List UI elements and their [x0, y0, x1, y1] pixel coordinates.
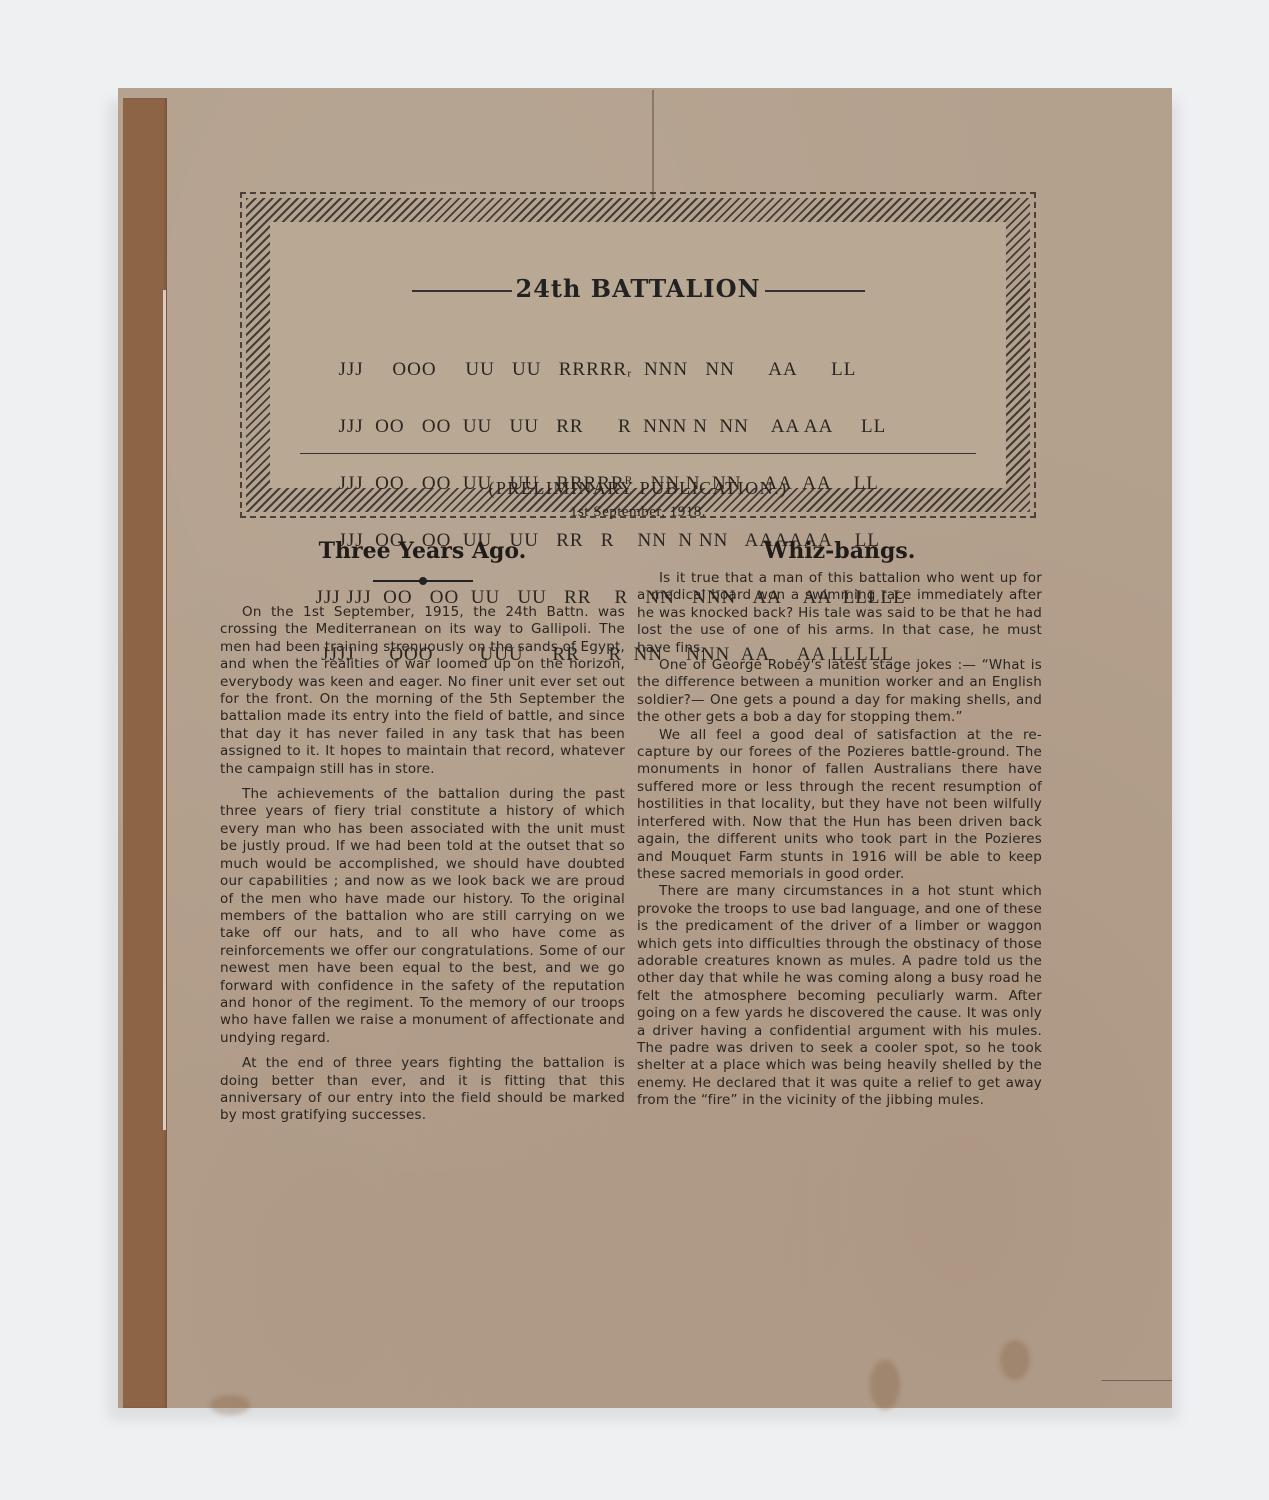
divider-dot-icon [419, 577, 427, 585]
article-paragraph: At the end of three years fighting the b… [220, 1055, 625, 1125]
heading-divider [373, 570, 473, 590]
paper-crease [652, 90, 654, 200]
paper-stain [210, 1395, 250, 1415]
binding-thread [163, 290, 166, 1130]
title-rule-left [412, 290, 512, 292]
banner-line: JJJ OOO UU UU RRRRRᵣ NNN NN AA LL [304, 360, 1034, 379]
banner-line: JJJ OO OO UU UU RR R NNN N NN AA AA LL [304, 417, 1034, 436]
article-paragraph: One of George Robey's latest stage jokes… [637, 657, 1042, 727]
article-paragraph: The achievements of the battalion during… [220, 786, 625, 1047]
publication-date: 1st September, 1918. [270, 504, 1006, 521]
article-heading: Whiz-bangs. [637, 538, 1042, 564]
article-paragraph: We all feel a good deal of satisfaction … [637, 727, 1042, 884]
battalion-name: 24th BATTALION [516, 274, 761, 303]
masthead-title: 24th BATTALION [270, 274, 1006, 303]
binding-spine [123, 98, 167, 1408]
title-rule-right [765, 290, 865, 292]
article-paragraph: On the 1st September, 1915, the 24th Bat… [220, 604, 625, 778]
article-paragraph: Is it true that a man of this battalion … [637, 570, 1042, 657]
article-heading: Three Years Ago. [220, 538, 625, 564]
article-whiz-bangs: Whiz-bangs. Is it true that a man of thi… [637, 538, 1042, 1110]
article-paragraph: There are many circumstances in a hot st… [637, 883, 1042, 1109]
masthead-panel: 24th BATTALION JJJ OOO UU UU RRRRRᵣ NNN … [270, 222, 1006, 488]
article-three-years-ago: Three Years Ago. On the 1st September, 1… [220, 538, 625, 1133]
masthead: 24th BATTALION JJJ OOO UU UU RRRRRᵣ NNN … [240, 192, 1036, 518]
paper-stain [870, 1360, 900, 1410]
paper-stain [1000, 1340, 1030, 1380]
publication-note: (PRELIMINARY PUBLICATION.) [270, 478, 1006, 499]
masthead-rule [300, 453, 976, 454]
